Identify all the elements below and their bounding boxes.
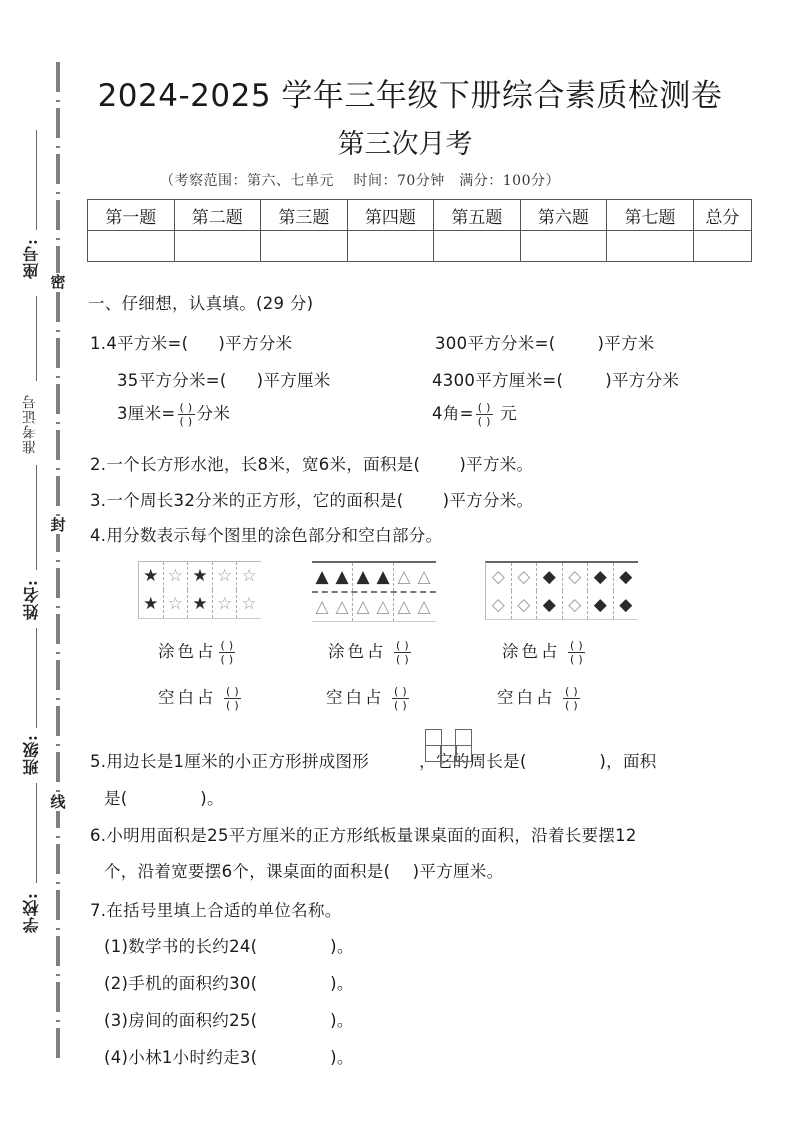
fraction-blank[interactable]: ( )( ) [563, 686, 580, 712]
fraction-numerator: ( ) [219, 640, 236, 651]
exam-id-line[interactable] [36, 296, 37, 381]
fraction-blank[interactable]: ( )( ) [476, 402, 493, 428]
q7-item: (4)小林1小时约走3( )。 [104, 1044, 354, 1068]
fraction-blank[interactable]: ( )( ) [392, 686, 409, 712]
fraction-numerator: ( ) [392, 686, 409, 697]
score-cell[interactable] [261, 231, 348, 262]
name-label: 姓名: [20, 575, 44, 625]
q1e-post: 分米 [197, 404, 231, 423]
fraction-blank[interactable]: ( )( ) [178, 402, 195, 428]
square-tiles-figure [425, 729, 473, 761]
triangle-outline-icon: △ [312, 593, 332, 621]
star-outline-icon: ☆ [236, 590, 261, 618]
binding-dash-line [56, 62, 60, 1062]
diamond-filled-icon: ◆ [536, 591, 562, 619]
fraction-blank[interactable]: ( )( ) [219, 640, 236, 666]
seal-char-feng: 封 [49, 516, 67, 534]
q1a: 1.4平方米=()平方分米 [90, 330, 292, 354]
q1b: 300平方分米=()平方米 [435, 330, 655, 354]
exam-id-label: 准考证号 [20, 384, 44, 464]
tile [425, 729, 442, 746]
fraction-numerator: ( ) [178, 402, 195, 413]
diamond-outline-icon: ◇ [511, 563, 537, 591]
tile [455, 729, 472, 746]
q1b-pre: 300平方分米=( [435, 334, 555, 353]
score-header: 第一题 [88, 200, 175, 231]
triangle-filled-icon: ▲ [312, 563, 332, 591]
q1d-pre: 4300平方厘米=( [432, 371, 563, 390]
section-1-title: 一、仔细想，认真填。(29 分) [88, 290, 313, 314]
diamond-filled-icon: ◆ [587, 563, 613, 591]
diamond-filled-icon: ◆ [536, 563, 562, 591]
q1d: 4300平方厘米=()平方分米 [432, 367, 679, 391]
triangle-filled-icon: ▲ [373, 563, 393, 591]
triangle-outline-icon: △ [373, 593, 393, 621]
q1d-post: )平方分米 [605, 371, 679, 390]
fraction-blank[interactable]: ( )( ) [568, 640, 585, 666]
q1a-post: )平方分米 [218, 334, 292, 353]
fraction-denominator: ( ) [563, 700, 580, 711]
star-outline-icon: ☆ [212, 590, 237, 618]
score-cell[interactable] [520, 231, 607, 262]
q1e: 3厘米=( )( )分米 [117, 400, 230, 427]
triangle-filled-icon: ▲ [332, 563, 352, 591]
q1f: 4角=( )( ) 元 [432, 400, 517, 427]
q1c: 35平方分米=()平方厘米 [117, 367, 331, 391]
stars-shaded-answer: 涂色占( )( ) [158, 638, 237, 665]
score-header: 第七题 [607, 200, 694, 231]
triangle-filled-icon: ▲ [352, 563, 373, 591]
exam-subtitle: 第三次月考 [0, 122, 793, 161]
q6-line2: 个，沿着宽要摆6个，课桌面的面积是( )平方厘米。 [104, 858, 503, 882]
school-line[interactable] [36, 783, 37, 883]
q1a-pre: 1.4平方米=( [90, 334, 188, 353]
q3: 3.一个周长32分米的正方形，它的面积是( )平方分米。 [90, 487, 533, 511]
triangles-blank-answer: 空白占 ( )( ) [326, 684, 411, 711]
fraction-blank[interactable]: ( )( ) [224, 686, 241, 712]
fraction-denominator: ( ) [178, 416, 195, 427]
star-filled-icon: ★ [139, 590, 163, 618]
class-line[interactable] [36, 628, 37, 728]
blank-label: 空白占 [326, 688, 385, 707]
figure-row: ▲ ▲ ▲ ▲ △ △ [312, 563, 436, 591]
score-cell[interactable] [88, 231, 175, 262]
diamonds-figure: ◇ ◇ ◆ ◇ ◆ ◆ ◇ ◇ ◆ ◇ ◆ ◆ [485, 561, 638, 620]
tile [455, 745, 472, 762]
q1c-pre: 35平方分米=( [117, 371, 227, 390]
triangle-outline-icon: △ [352, 593, 373, 621]
seal-char-xian: 线 [49, 793, 67, 811]
diamonds-shaded-answer: 涂色占 ( )( ) [502, 638, 587, 665]
star-outline-icon: ☆ [236, 562, 261, 590]
stars-blank-answer: 空白占 ( )( ) [158, 684, 243, 711]
q1b-post: )平方米 [597, 334, 654, 353]
fraction-denominator: ( ) [224, 700, 241, 711]
score-table: 第一题 第二题 第三题 第四题 第五题 第六题 第七题 总分 [87, 199, 752, 262]
q1c-post: )平方厘米 [257, 371, 331, 390]
diamond-outline-icon: ◇ [486, 591, 511, 619]
diamond-outline-icon: ◇ [562, 563, 588, 591]
fraction-denominator: ( ) [476, 416, 493, 427]
fraction-numerator: ( ) [563, 686, 580, 697]
score-header: 第六题 [520, 200, 607, 231]
star-filled-icon: ★ [187, 590, 212, 618]
fraction-blank[interactable]: ( )( ) [394, 640, 411, 666]
fraction-numerator: ( ) [224, 686, 241, 697]
fraction-numerator: ( ) [394, 640, 411, 651]
score-cell[interactable] [174, 231, 261, 262]
blank-label: 空白占 [158, 688, 217, 707]
diamonds-blank-answer: 空白占 ( )( ) [497, 684, 582, 711]
star-filled-icon: ★ [139, 562, 163, 590]
diamond-outline-icon: ◇ [562, 591, 588, 619]
triangles-figure: ▲ ▲ ▲ ▲ △ △ △ △ △ △ △ △ [312, 561, 436, 622]
q4-prompt: 4.用分数表示每个图里的涂色部分和空白部分。 [90, 522, 442, 546]
triangle-outline-icon: △ [414, 563, 434, 591]
star-outline-icon: ☆ [163, 590, 188, 618]
q2: 2.一个长方形水池，长8米，宽6米，面积是( )平方米。 [90, 451, 533, 475]
fraction-denominator: ( ) [394, 654, 411, 665]
q7-title: 7.在括号里填上合适的单位名称。 [90, 897, 342, 921]
score-cell[interactable] [607, 231, 694, 262]
score-header: 总分 [693, 200, 751, 231]
triangle-outline-icon: △ [393, 593, 414, 621]
triangle-outline-icon: △ [414, 593, 434, 621]
fraction-denominator: ( ) [568, 654, 585, 665]
fraction-denominator: ( ) [392, 700, 409, 711]
q7-item: (3)房间的面积约25( )。 [104, 1007, 354, 1031]
diamond-filled-icon: ◆ [587, 591, 613, 619]
shaded-label: 涂色占 [502, 642, 561, 661]
blank-label: 空白占 [497, 688, 556, 707]
stars-figure: ★ ☆ ★ ☆ ☆ ★ ☆ ★ ☆ ☆ [138, 561, 261, 619]
diamond-filled-icon: ◆ [613, 563, 639, 591]
diamond-outline-icon: ◇ [511, 591, 537, 619]
triangle-outline-icon: △ [393, 563, 414, 591]
fraction-numerator: ( ) [476, 402, 493, 413]
score-table-header-row: 第一题 第二题 第三题 第四题 第五题 第六题 第七题 总分 [88, 200, 752, 231]
triangles-shaded-answer: 涂色占 ( )( ) [328, 638, 413, 665]
shaded-label: 涂色占 [158, 642, 217, 661]
score-cell[interactable] [434, 231, 521, 262]
star-outline-icon: ☆ [163, 562, 188, 590]
diamond-outline-icon: ◇ [486, 563, 511, 591]
seal-char-mi: 密 [49, 273, 67, 291]
figure-row: △ △ △ △ △ △ [312, 591, 436, 621]
fraction-denominator: ( ) [219, 654, 236, 665]
star-filled-icon: ★ [187, 562, 212, 590]
score-table-value-row [88, 231, 752, 262]
diamond-filled-icon: ◆ [613, 591, 639, 619]
score-header: 第三题 [261, 200, 348, 231]
shaded-label: 涂色占 [328, 642, 387, 661]
score-header: 第五题 [434, 200, 521, 231]
score-header: 第二题 [174, 200, 261, 231]
q1e-pre: 3厘米= [117, 404, 176, 423]
score-cell[interactable] [693, 231, 751, 262]
figure-row: ◇ ◇ ◆ ◇ ◆ ◆ [486, 591, 638, 619]
seat-number-label: 座号: [20, 234, 44, 284]
triangle-outline-icon: △ [332, 593, 352, 621]
q5-line1: 5.用边长是1厘米的小正方形拼成图形，它的周长是( )，面积 [90, 748, 657, 772]
score-cell[interactable] [347, 231, 434, 262]
class-label: 班级: [20, 730, 44, 780]
q5-text-pre: 5.用边长是1厘米的小正方形拼成图形 [90, 752, 369, 771]
q7-item: (1)数学书的长约24( )。 [104, 933, 354, 957]
q5-line2: 是( )。 [104, 785, 224, 809]
star-outline-icon: ☆ [212, 562, 237, 590]
exam-scope: （考察范围：第六、七单元 时间：70分钟 满分：100分） [160, 170, 560, 190]
exam-title: 2024-2025 学年三年级下册综合素质检测卷 [0, 70, 793, 115]
q6-line1: 6.小明用面积是25平方厘米的正方形纸板量课桌面的面积，沿着长要摆12 [90, 822, 637, 846]
q7-item: (2)手机的面积约30( )。 [104, 970, 354, 994]
school-label: 学校: [20, 888, 44, 938]
score-header: 第四题 [347, 200, 434, 231]
name-line[interactable] [36, 465, 37, 570]
figure-row: ★ ☆ ★ ☆ ☆ [139, 562, 261, 590]
q1f-post: 元 [495, 404, 517, 423]
figure-row: ◇ ◇ ◆ ◇ ◆ ◆ [486, 563, 638, 591]
q1f-pre: 4角= [432, 404, 474, 423]
figure-row: ★ ☆ ★ ☆ ☆ [139, 590, 261, 618]
fraction-numerator: ( ) [568, 640, 585, 651]
